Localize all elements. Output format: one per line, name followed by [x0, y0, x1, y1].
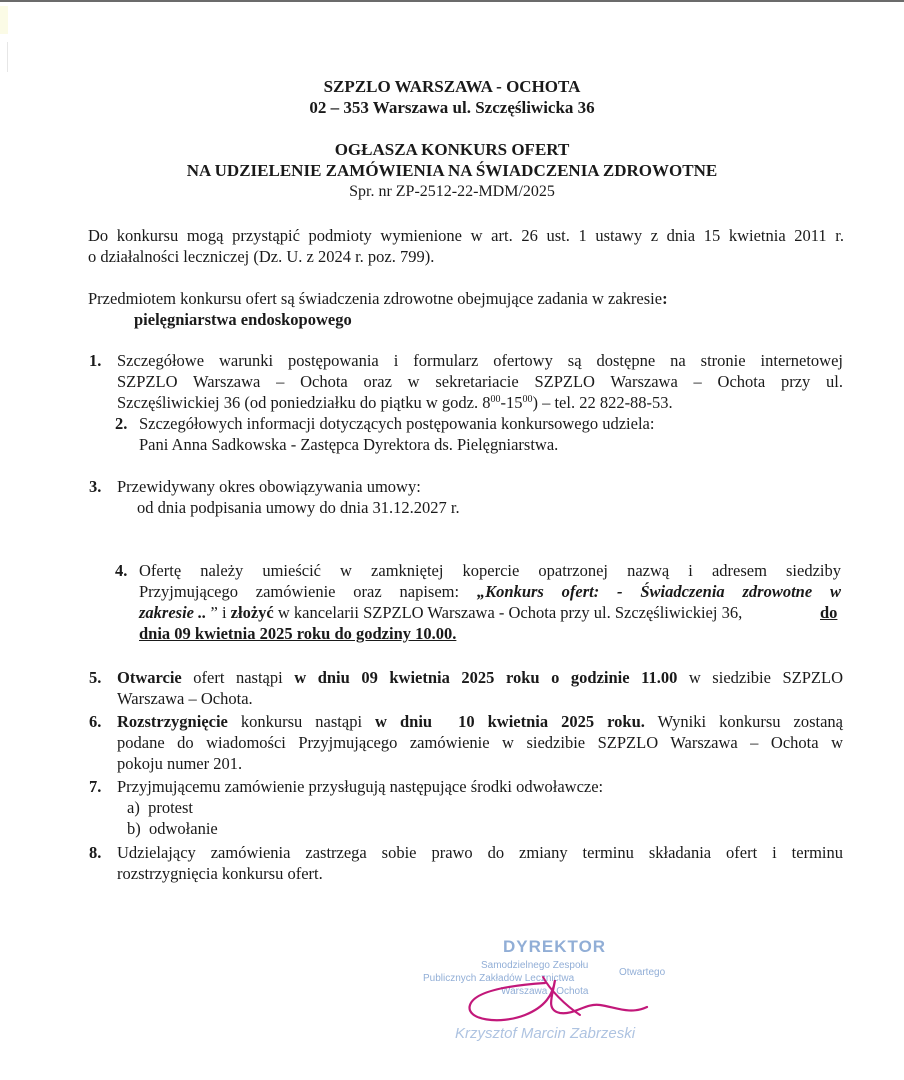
item-8-line-1: Udzielający zamówienia zastrzega sobie p… [117, 842, 843, 863]
item-4-number: 4. [115, 560, 127, 581]
item-3-number: 3. [89, 476, 101, 497]
item-4-envelope-label-end: zakresie .. [139, 603, 206, 622]
item-4-line-3: zakresie .. ” i złożyć w kancelarii SZPZ… [139, 602, 742, 623]
intro-line-2: o działalności leczniczej (Dz. U. z 2024… [88, 246, 434, 267]
signature-icon [415, 935, 695, 1055]
item-6-line-3: pokoju numer 201. [117, 753, 242, 774]
item-5-number: 5. [89, 667, 101, 688]
item-7-line-1: Przyjmującemu zamówienie przysługują nas… [117, 776, 603, 797]
item-1-hours-text: Szczęśliwickiej 36 (od poniedziałku do p… [117, 393, 490, 412]
subject-line: Przedmiotem konkursu ofert są świadczeni… [88, 288, 668, 309]
subject-colon: : [662, 289, 668, 308]
item-3-line-2: od dnia podpisania umowy do dnia 31.12.2… [137, 497, 460, 518]
item-5-opening-date: w dniu 09 kwietnia 2025 roku o godzinie … [294, 668, 677, 687]
item-6-text: konkursu nastąpi [228, 712, 375, 731]
announcement-subtitle: NA UDZIELENIE ZAMÓWIENIA NA ŚWIADCZENIA … [0, 160, 904, 181]
item-4-line-1: Ofertę należy umieścić w zamkniętej kope… [139, 560, 841, 581]
item-4-text: Przyjmującego zamówienie oraz napisem: [139, 582, 477, 601]
item-6-resolution: Rozstrzygnięcie [117, 712, 228, 731]
item-6-results: Wyniki konkursu zostaną [645, 712, 843, 731]
item-1-phone: ) – tel. 22 822-88-53. [532, 393, 672, 412]
item-4-deadline: dnia 09 kwietnia 2025 roku do godziny 10… [139, 623, 456, 644]
item-6-number: 6. [89, 711, 101, 732]
item-4-deadline-start: do [820, 602, 837, 623]
page-top-border [0, 0, 904, 2]
item-7-number: 7. [89, 776, 101, 797]
item-8-number: 8. [89, 842, 101, 863]
item-5-opening: Otwarcie [117, 668, 182, 687]
item-2-number: 2. [115, 413, 127, 434]
item-1-line-2: SZPZLO Warszawa – Ochota oraz w sekretar… [117, 371, 843, 392]
announcement-title: OGŁASZA KONKURS OFERT [0, 139, 904, 160]
item-6-resolution-date: w dniu 10 kwietnia 2025 roku. [375, 712, 645, 731]
item-1-line-3: Szczęśliwickiej 36 (od poniedziałku do p… [117, 392, 673, 413]
case-number: Spr. nr ZP-2512-22-MDM/2025 [0, 181, 904, 202]
intro-line-1: Do konkursu mogą przystąpić podmioty wym… [88, 225, 844, 246]
item-8-line-2: rozstrzygnięcia konkursu ofert. [117, 863, 323, 884]
item-5-line-2: Warszawa – Ochota. [117, 688, 253, 709]
item-2-line-1: Szczegółowych informacji dotyczących pos… [139, 413, 654, 434]
item-5-text: ofert nastąpi [182, 668, 294, 687]
item-4-line-2: Przyjmującego zamówienie oraz napisem: „… [139, 581, 841, 602]
item-1-line-1: Szczegółowe warunki postępowania i formu… [117, 350, 843, 371]
item-1-number: 1. [89, 350, 101, 371]
item-4-quote: ” i [206, 603, 230, 622]
item-4-submit: złożyć [231, 603, 274, 622]
item-4-envelope-label: „Konkurs ofert: - Świadczenia zdrowotne … [477, 582, 841, 601]
item-5-place: w siedzibie SZPZLO [677, 668, 843, 687]
item-1-hours-mid: -15 [500, 393, 522, 412]
scan-edge-artifact [0, 6, 8, 34]
organization-address: 02 – 353 Warszawa ul. Szczęśliwicka 36 [0, 97, 904, 118]
item-6-line-1: Rozstrzygnięcie konkursu nastąpi w dniu … [117, 711, 843, 732]
item-4-location: w kancelarii SZPZLO Warszawa - Ochota pr… [274, 603, 742, 622]
item-1-sup-2: 00 [522, 394, 532, 405]
subject-scope: pielęgniarstwa endoskopowego [134, 309, 352, 330]
scan-edge-line [7, 42, 8, 72]
subject-text: Przedmiotem konkursu ofert są świadczeni… [88, 289, 662, 308]
organization-name: SZPZLO WARSZAWA - OCHOTA [0, 76, 904, 97]
item-5-line-1: Otwarcie ofert nastąpi w dniu 09 kwietni… [117, 667, 843, 688]
item-1-sup-1: 00 [490, 394, 500, 405]
item-7-option-b: b) odwołanie [127, 818, 218, 839]
item-2-line-2: Pani Anna Sadkowska - Zastępca Dyrektora… [139, 434, 558, 455]
item-7-option-a: a) protest [127, 797, 193, 818]
item-3-line-1: Przewidywany okres obowiązywania umowy: [117, 476, 421, 497]
director-stamp: DYREKTOR Samodzielnego Zespołu Publiczny… [415, 935, 695, 1055]
item-6-line-2: podane do wiadomości Przyjmującego zamów… [117, 732, 843, 753]
